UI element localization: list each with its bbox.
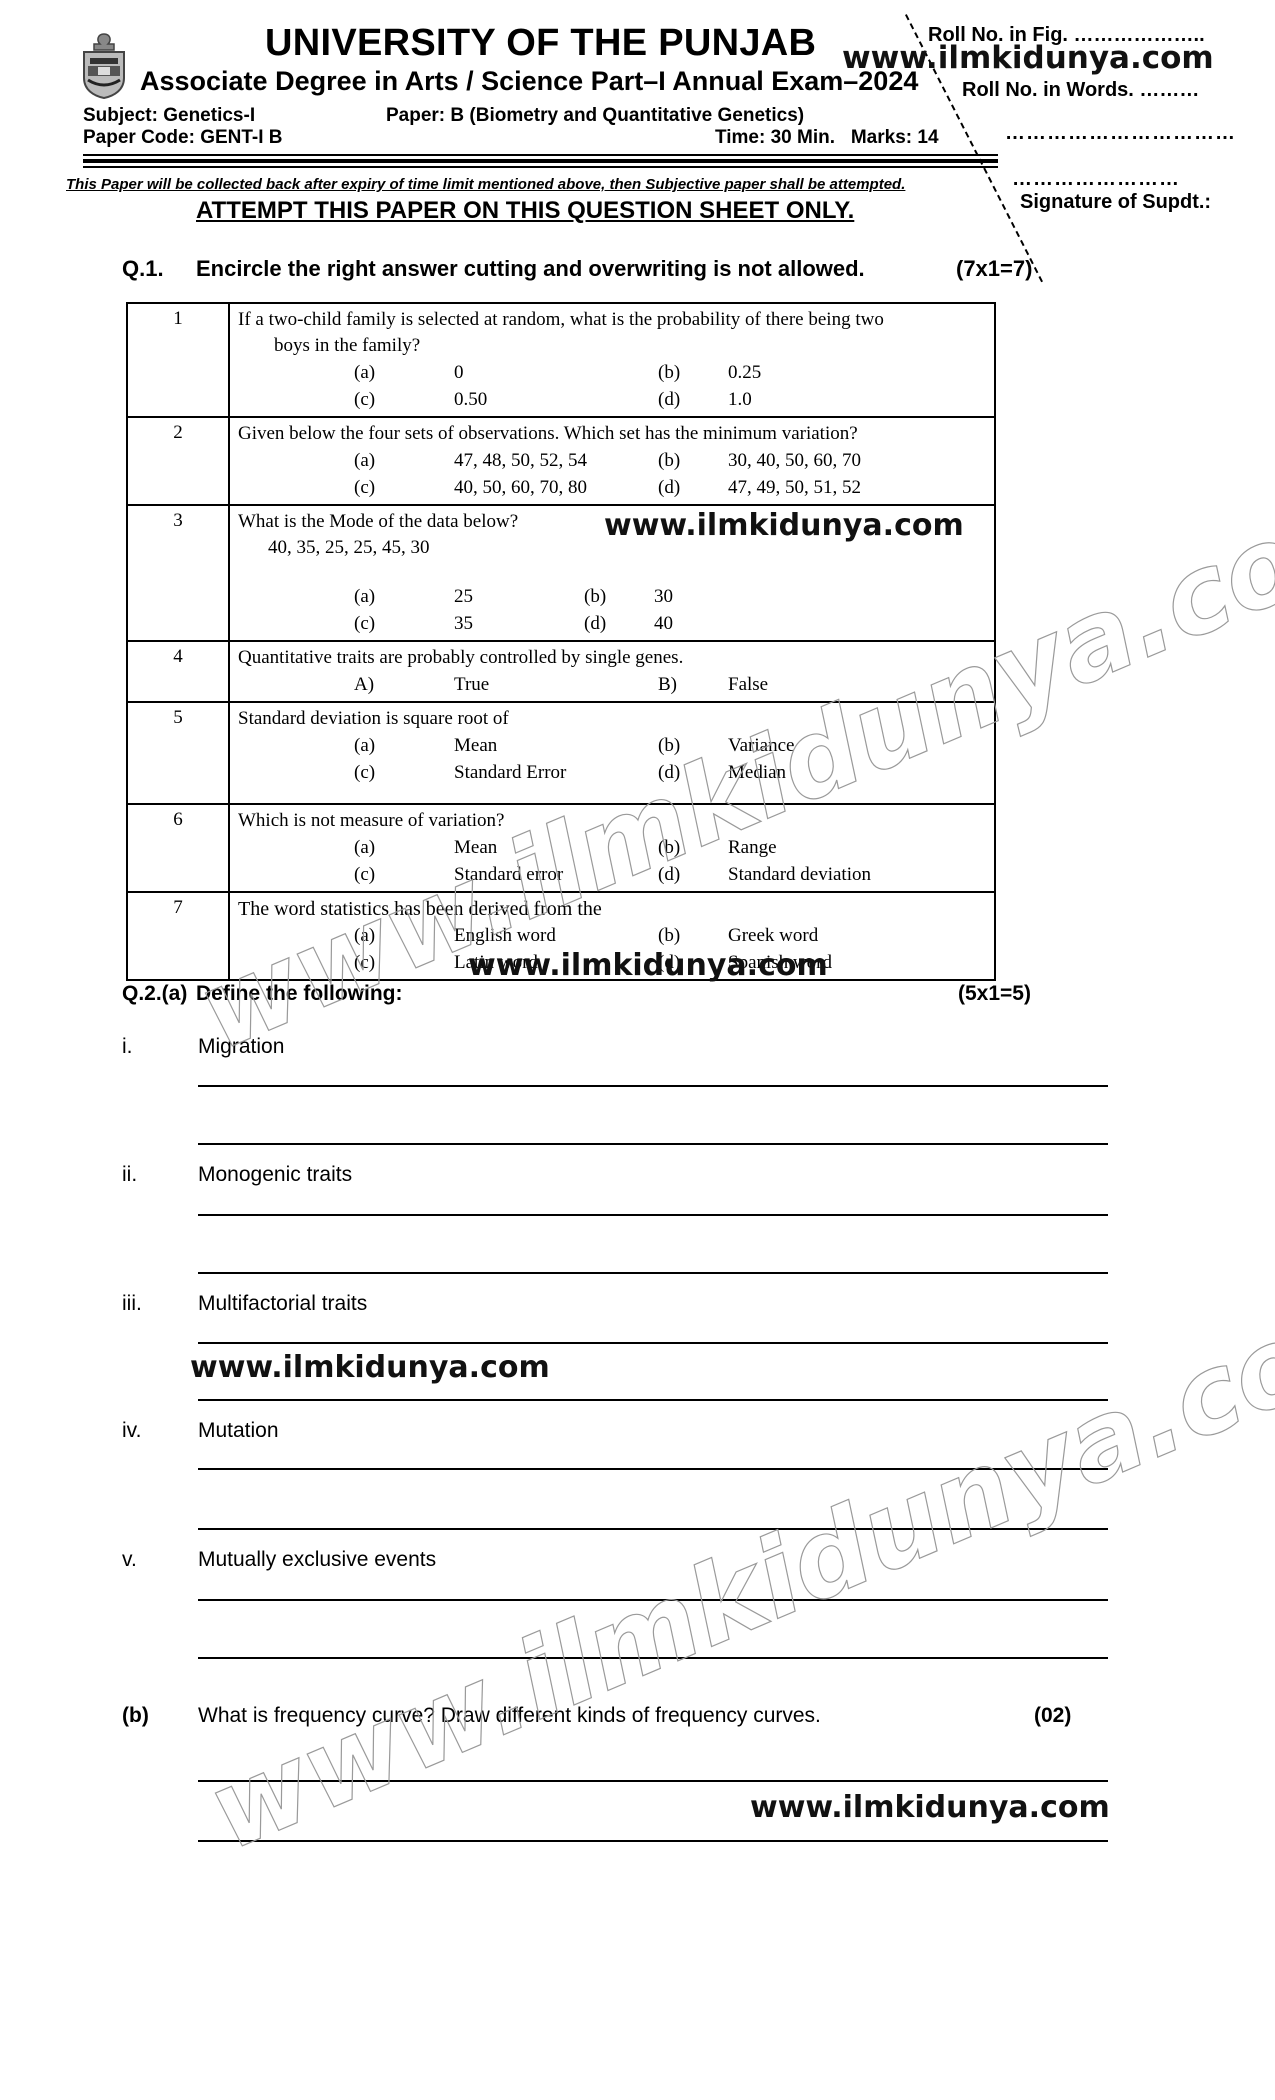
question-number: 6 — [127, 804, 229, 892]
question-number: 2 — [127, 417, 229, 505]
option-text[interactable]: English word — [454, 922, 658, 949]
answer-line[interactable] — [198, 1143, 1108, 1145]
answer-line[interactable] — [198, 1214, 1108, 1216]
option-text[interactable]: 47, 49, 50, 51, 52 — [728, 474, 986, 501]
option-text[interactable]: 0.25 — [728, 359, 986, 386]
option-letter[interactable]: (c) — [354, 474, 454, 501]
option-text[interactable]: Mean — [454, 732, 658, 759]
header-divider — [83, 159, 998, 163]
subject-label: Subject: Genetics-I — [83, 105, 255, 127]
option-letter[interactable]: (a) — [354, 732, 454, 759]
option-text[interactable]: 35 — [454, 610, 584, 637]
option-text[interactable]: 30 — [654, 583, 986, 610]
roll-no-words-continuation[interactable]: …………………………… — [1005, 122, 1236, 145]
option-letter[interactable]: (c) — [354, 759, 454, 786]
option-text[interactable]: 0 — [454, 359, 658, 386]
option-letter[interactable]: (d) — [658, 386, 728, 413]
option-text[interactable]: Standard Error — [454, 759, 658, 786]
term-mutation: Mutation — [198, 1419, 279, 1443]
answer-line[interactable] — [198, 1840, 1108, 1842]
option-letter[interactable]: (a) — [354, 583, 454, 610]
option-letter[interactable]: (a) — [354, 447, 454, 474]
question-number: 7 — [127, 892, 229, 980]
question-stem: If a two-child family is selected at ran… — [238, 307, 986, 333]
question-number: 4 — [127, 641, 229, 702]
answer-line[interactable] — [198, 1528, 1108, 1530]
roll-no-words-field[interactable]: Roll No. in Words. ……… — [962, 79, 1199, 102]
answer-line[interactable] — [198, 1085, 1108, 1087]
paper-code-label: Paper Code: GENT-I B — [83, 127, 283, 149]
header-divider — [83, 166, 998, 168]
mcq-table: 1 If a two-child family is selected at r… — [126, 302, 996, 981]
option-letter[interactable]: (d) — [658, 474, 728, 501]
answer-line[interactable] — [198, 1468, 1108, 1470]
option-letter[interactable]: (d) — [584, 610, 654, 637]
answer-line[interactable] — [198, 1399, 1108, 1401]
q1-instruction: Encircle the right answer cutting and ov… — [196, 256, 865, 282]
term-multifactorial-traits: Multifactorial traits — [198, 1292, 367, 1316]
q2b-marks: (02) — [1034, 1704, 1071, 1728]
watermark-url-mid: www.ilmkidunya.com — [468, 948, 828, 983]
watermark-url-q2: www.ilmkidunya.com — [190, 1350, 550, 1385]
question-number: 1 — [127, 303, 229, 417]
option-letter[interactable]: (b) — [658, 359, 728, 386]
option-text[interactable]: Range — [728, 834, 986, 861]
mcq-row: 6 Which is not measure of variation? (a)… — [127, 804, 995, 892]
term-numeral: ii. — [122, 1163, 137, 1187]
option-text[interactable]: 40 — [654, 610, 986, 637]
watermark-url-table: www.ilmkidunya.com — [604, 508, 964, 543]
question-number: 3 — [127, 505, 229, 641]
option-text[interactable]: 47, 48, 50, 52, 54 — [454, 447, 658, 474]
mcq-row: 1 If a two-child family is selected at r… — [127, 303, 995, 417]
q1-marks: (7x1=7) — [956, 256, 1032, 282]
paper-label: Paper: B (Biometry and Quantitative Gene… — [386, 105, 804, 127]
option-text[interactable]: 40, 50, 60, 70, 80 — [454, 474, 658, 501]
mcq-row: 2 Given below the four sets of observati… — [127, 417, 995, 505]
option-letter[interactable]: (b) — [658, 922, 728, 949]
option-letter[interactable]: (c) — [354, 949, 454, 976]
option-letter[interactable]: (b) — [658, 732, 728, 759]
question-stem: Standard deviation is square root of — [238, 706, 986, 732]
question-stem: Quantitative traits are probably control… — [238, 645, 986, 671]
option-text[interactable]: 1.0 — [728, 386, 986, 413]
mcq-row: 3 What is the Mode of the data below? 40… — [127, 505, 995, 641]
option-text[interactable]: Greek word — [728, 922, 986, 949]
option-letter[interactable]: (b) — [658, 834, 728, 861]
term-migration: Migration — [198, 1035, 284, 1059]
mcq-row: 5 Standard deviation is square root of (… — [127, 702, 995, 804]
q1-label: Q.1. — [122, 256, 164, 282]
watermark-url-bottom: www.ilmkidunya.com — [750, 1790, 1110, 1825]
option-text[interactable]: Variance — [728, 732, 986, 759]
collection-notice: This Paper will be collected back after … — [66, 176, 905, 193]
option-letter[interactable]: (a) — [354, 922, 454, 949]
option-letter[interactable]: (b) — [584, 583, 654, 610]
term-numeral: v. — [122, 1548, 137, 1572]
option-letter[interactable]: (d) — [658, 861, 728, 888]
mcq-row: 4 Quantitative traits are probably contr… — [127, 641, 995, 702]
question-stem: The word statistics has been derived fro… — [238, 896, 986, 922]
option-letter[interactable]: (d) — [658, 759, 728, 786]
q2-label: Q.2.(a) — [122, 982, 187, 1006]
header-divider — [83, 154, 998, 156]
term-mutually-exclusive-events: Mutually exclusive events — [198, 1548, 436, 1572]
question-stem-cont: boys in the family? — [238, 333, 986, 359]
option-text[interactable]: 0.50 — [454, 386, 658, 413]
question-number: 5 — [127, 702, 229, 804]
q2-marks: (5x1=5) — [958, 982, 1031, 1006]
q2b-label: (b) — [122, 1704, 149, 1728]
university-crest-logo — [78, 32, 130, 100]
option-letter[interactable]: (c) — [354, 861, 454, 888]
option-text[interactable]: False — [728, 671, 986, 698]
answer-line[interactable] — [198, 1342, 1108, 1344]
option-text[interactable]: True — [454, 671, 658, 698]
term-numeral: iii. — [122, 1292, 142, 1316]
exam-title: Associate Degree in Arts / Science Part–… — [140, 66, 918, 97]
option-letter[interactable]: (b) — [658, 447, 728, 474]
university-title: UNIVERSITY OF THE PUNJAB — [265, 22, 816, 65]
option-letter[interactable]: (c) — [354, 386, 454, 413]
term-numeral: i. — [122, 1035, 133, 1059]
signature-supdt-label: Signature of Supdt.: — [1020, 191, 1211, 214]
option-text[interactable]: 30, 40, 50, 60, 70 — [728, 447, 986, 474]
time-marks-label: Time: 30 Min. Marks: 14 — [715, 127, 939, 149]
question-stem: Which is not measure of variation? — [238, 808, 986, 834]
option-letter[interactable]: (a) — [354, 834, 454, 861]
question-stem: Given below the four sets of observation… — [238, 421, 986, 447]
signature-field-line[interactable]: …………………… — [1012, 168, 1180, 191]
q2-instruction: Define the following: — [196, 982, 402, 1006]
answer-line[interactable] — [198, 1599, 1108, 1601]
option-text[interactable]: Standard error — [454, 861, 658, 888]
option-text[interactable]: Mean — [454, 834, 658, 861]
option-letter[interactable]: (c) — [354, 610, 454, 637]
option-text[interactable]: 25 — [454, 583, 584, 610]
answer-line[interactable] — [198, 1780, 1108, 1782]
q2b-question: What is frequency curve? Draw different … — [198, 1704, 821, 1728]
option-letter[interactable]: (a) — [354, 359, 454, 386]
attempt-instruction: ATTEMPT THIS PAPER ON THIS QUESTION SHEE… — [196, 197, 854, 225]
term-numeral: iv. — [122, 1419, 141, 1443]
watermark-url-header: www.ilmkidunya.com — [842, 40, 1214, 76]
option-text[interactable]: Standard deviation — [728, 861, 986, 888]
term-monogenic-traits: Monogenic traits — [198, 1163, 352, 1187]
option-text[interactable]: Median — [728, 759, 986, 786]
option-letter[interactable]: B) — [658, 671, 728, 698]
option-letter[interactable]: A) — [354, 671, 454, 698]
answer-line[interactable] — [198, 1657, 1108, 1659]
answer-line[interactable] — [198, 1272, 1108, 1274]
